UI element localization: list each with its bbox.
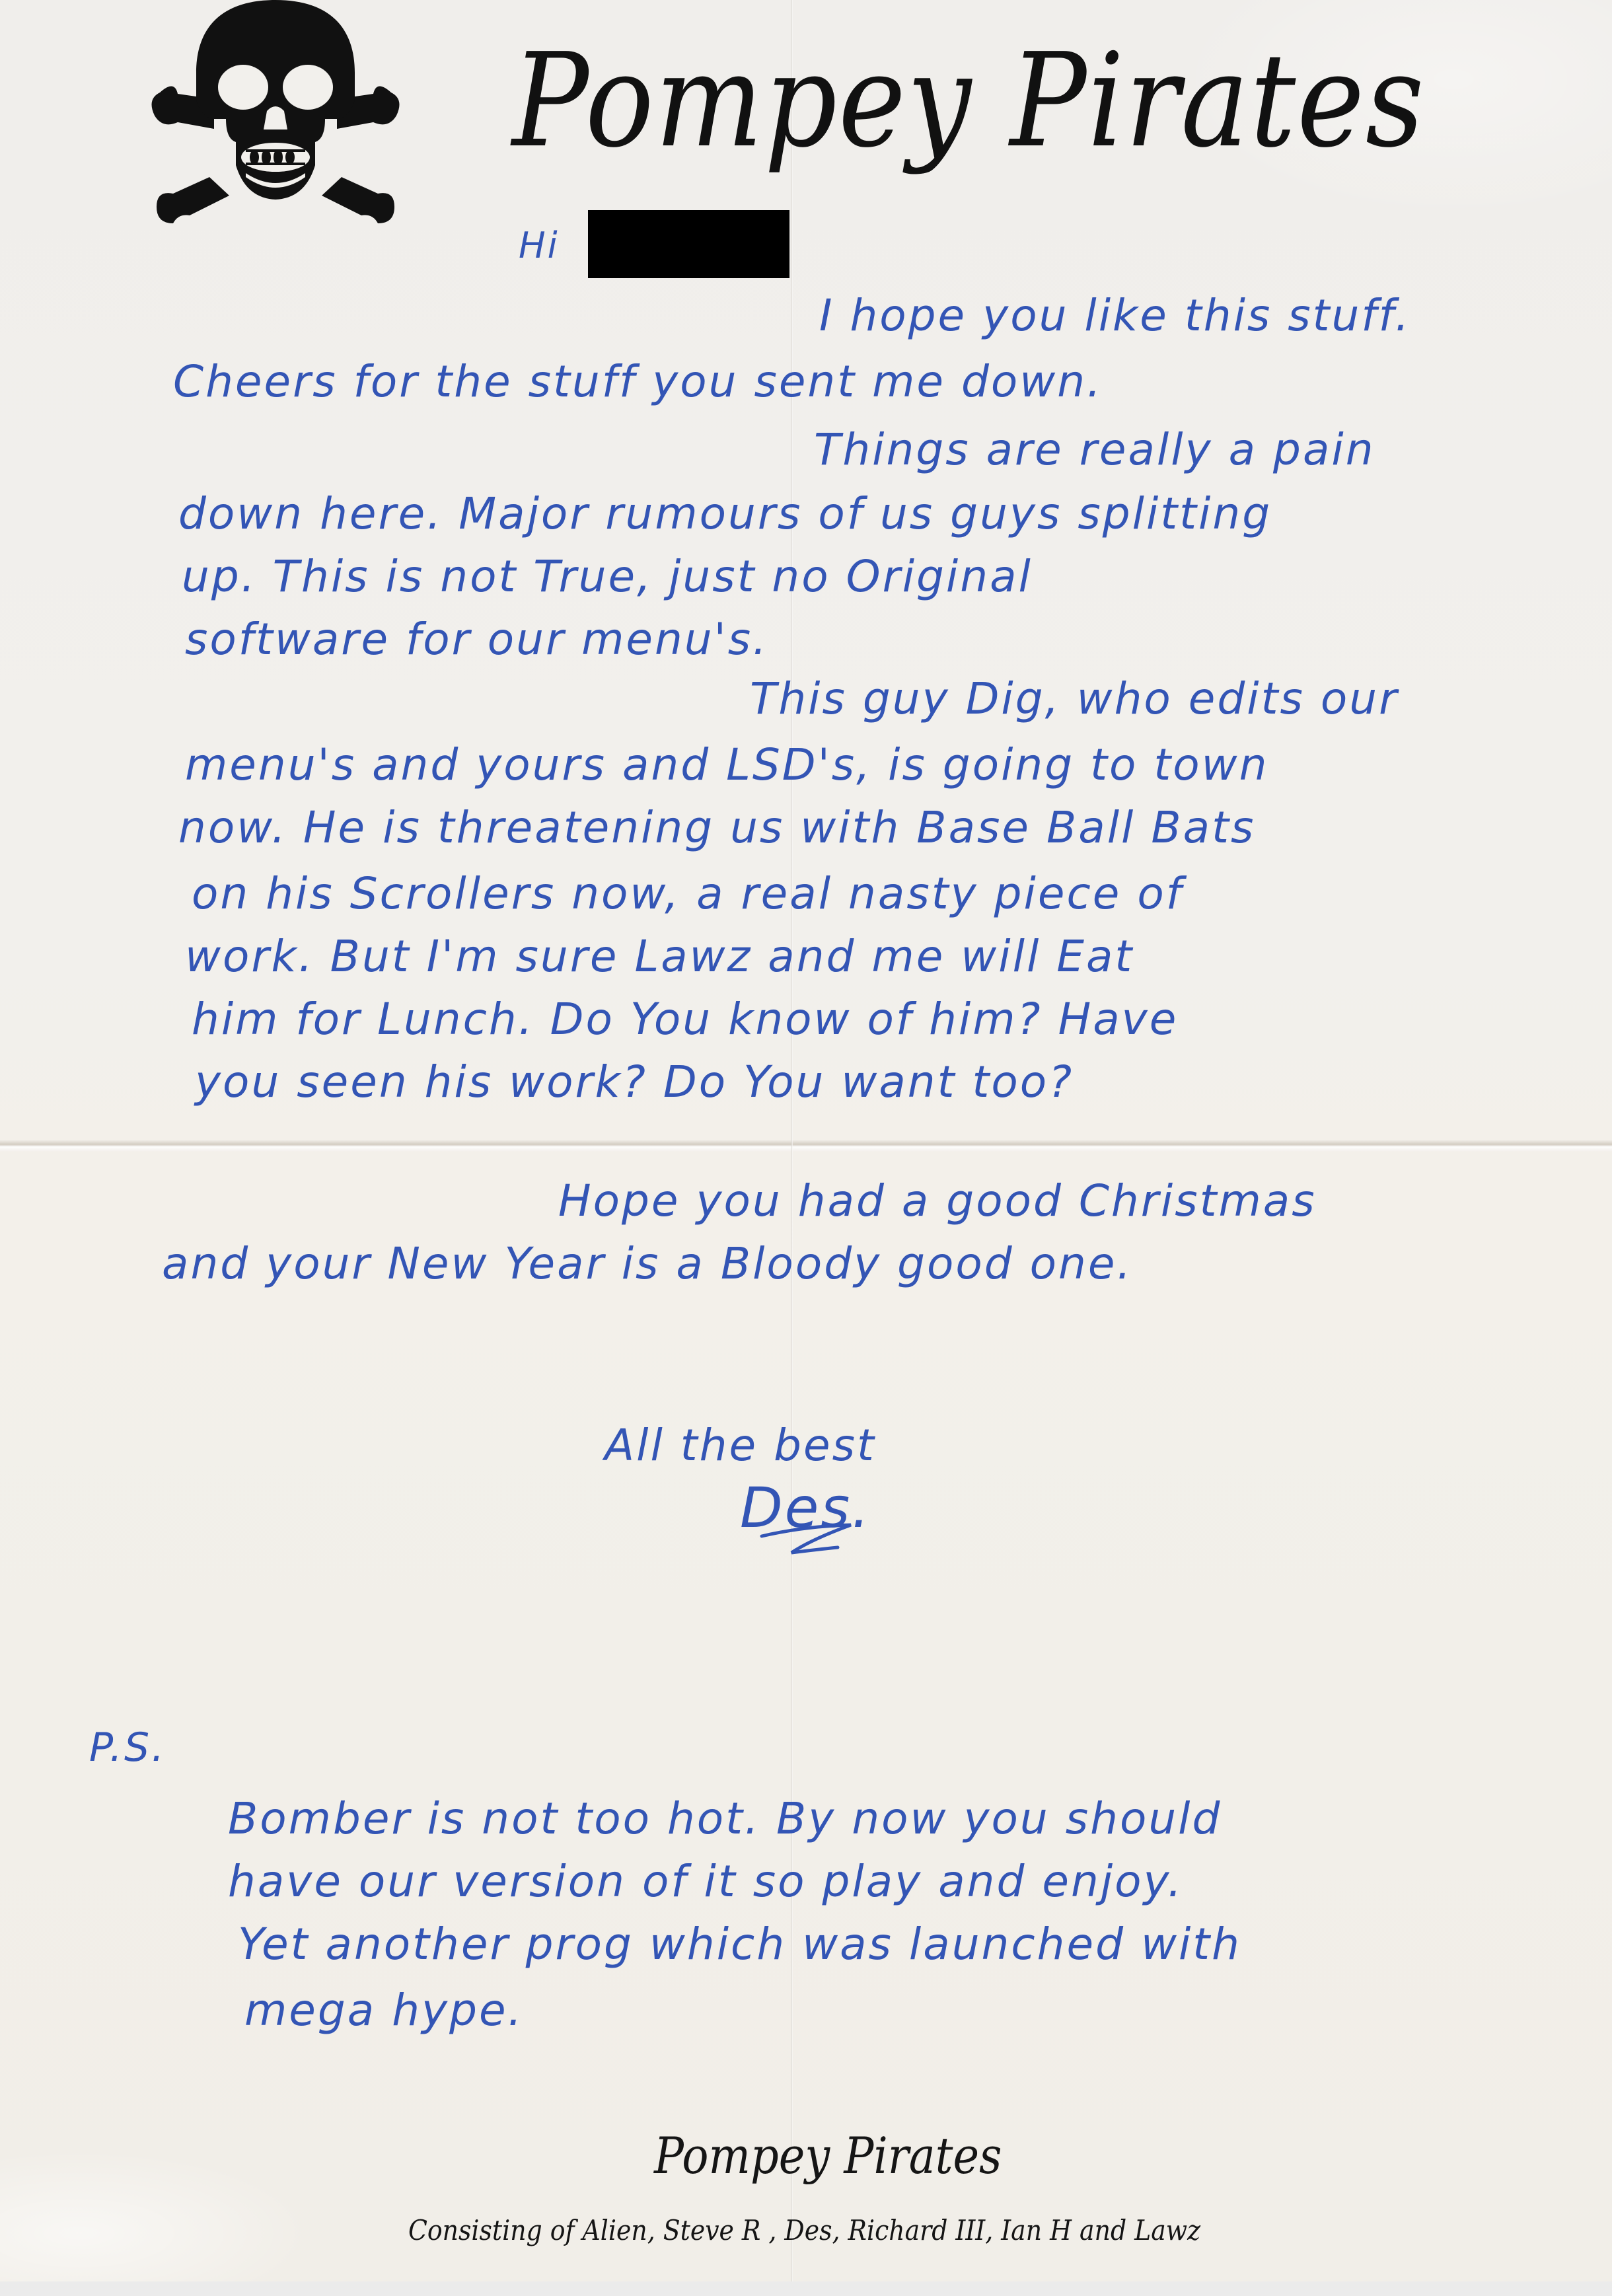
postscript-line: mega hype.: [244, 1989, 524, 2032]
body-line: This guy Dig, who edits our: [750, 677, 1399, 721]
scan-margin: [0, 2281, 1612, 2296]
skull-and-crossbones-icon: [147, 0, 404, 228]
body-line: down here. Major rumours of us guys spli…: [178, 492, 1272, 536]
body-line: Cheers for the stuff you sent me down.: [173, 360, 1103, 404]
body-line: software for our menu's.: [185, 618, 768, 661]
horizontal-fold-crease: [0, 1140, 1612, 1152]
footer-title: Pompey Pirates: [654, 2131, 1002, 2181]
body-line: I hope you like this stuff.: [819, 294, 1411, 338]
recipient-redaction: [588, 210, 789, 278]
postscript-line: have our version of it so play and enjoy…: [228, 1860, 1183, 1904]
body-line: menu's and yours and LSD's, is going to …: [185, 743, 1268, 787]
body-line: work. But I'm sure Lawz and me will Eat: [185, 935, 1134, 979]
body-line: Things are really a pain: [814, 428, 1375, 472]
body-line: and your New Year is a Bloody good one.: [162, 1242, 1132, 1286]
signature-flourish-icon: [758, 1520, 864, 1559]
body-line: you seen his work? Do You want too?: [195, 1060, 1074, 1104]
footer-members: Consisting of Alien, Steve R , Des, Rich…: [408, 2217, 1200, 2244]
postscript-label: P.S.: [89, 1728, 166, 1767]
letterhead-title: Pompey Pirates: [512, 36, 1425, 166]
greeting-label: Hi: [519, 228, 560, 264]
body-line: him for Lunch. Do You know of him? Have: [192, 998, 1178, 1041]
letter-paper: Pompey Pirates Hi I hope you like this s…: [0, 0, 1612, 2281]
closing-text: All the best: [604, 1424, 876, 1467]
postscript-line: Bomber is not too hot. By now you should: [228, 1797, 1222, 1841]
body-line: Hope you had a good Christmas: [558, 1179, 1317, 1223]
body-line: on his Scrollers now, a real nasty piece…: [192, 872, 1183, 916]
body-line: up. This is not True, just no Original: [182, 555, 1033, 599]
postscript-line: Yet another prog which was launched with: [238, 1923, 1241, 1966]
body-line: now. He is threatening us with Base Ball…: [178, 806, 1255, 850]
